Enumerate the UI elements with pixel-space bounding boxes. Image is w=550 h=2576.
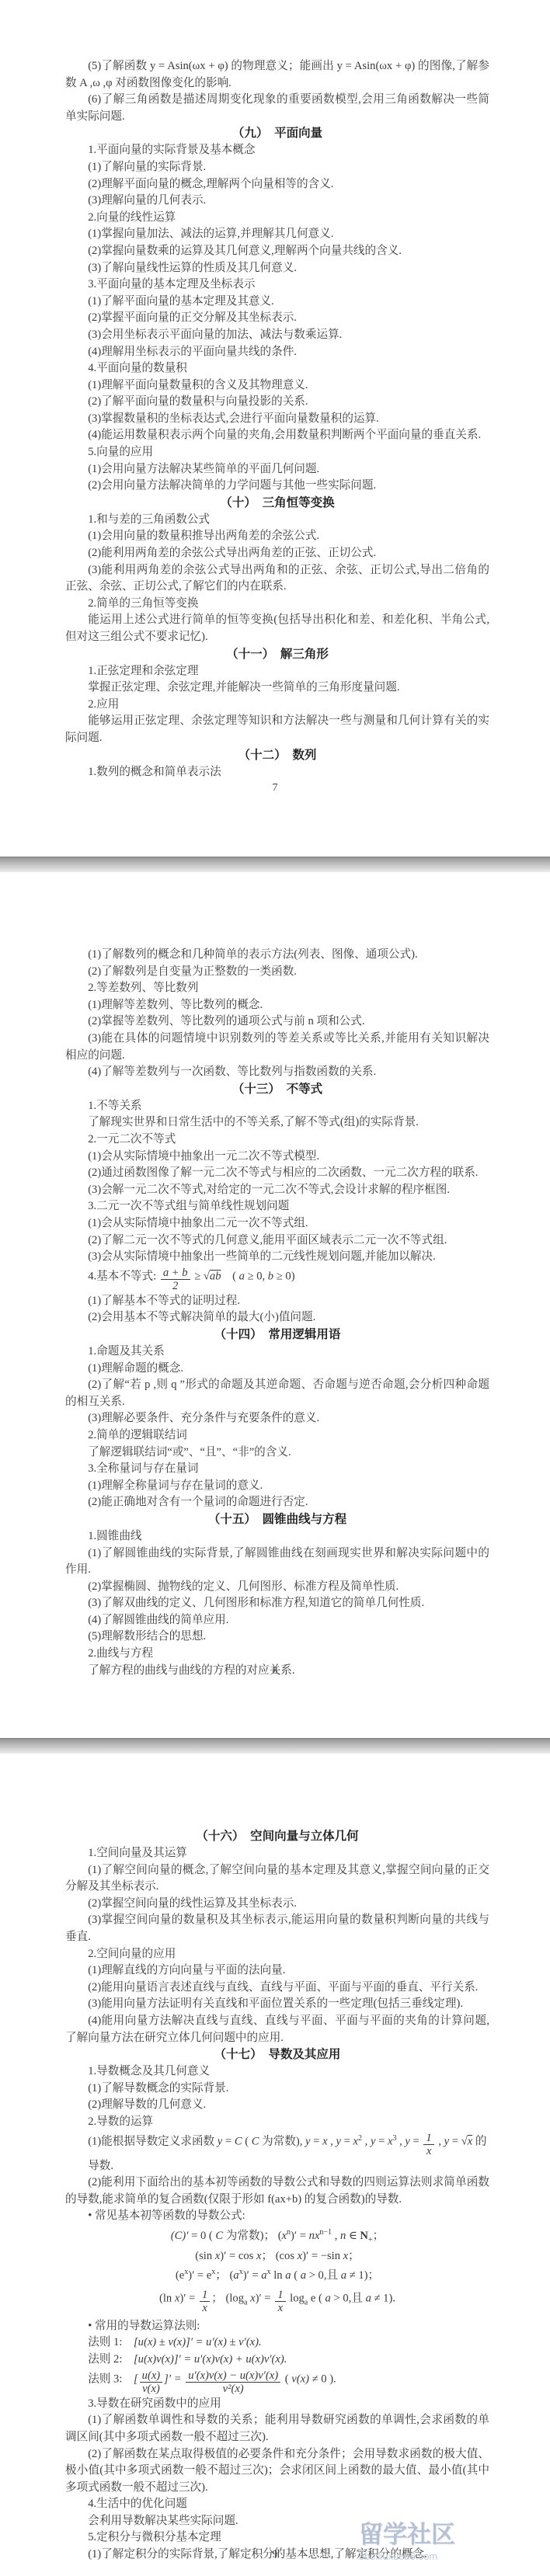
paragraph: 4.生活中的优化问题	[65, 2496, 489, 2513]
formula-line: (sin x)′ = cos x； (cos x)′ = −sin x；	[65, 2248, 489, 2265]
paragraph: (1)了解平面向量的基本定理及其意义.	[65, 294, 489, 311]
paragraph: 3.二元一次不等式组与简单线性规划问题	[65, 1198, 489, 1215]
paragraph: (1)了解导数概念的实际背景.	[65, 2081, 489, 2098]
fraction: u(x)v(x)	[140, 2369, 163, 2395]
paragraph: (3)掌握空间向量的数量积及其坐标表示,能运用向量的数量积判断向量的共线与垂直.	[65, 1912, 489, 1945]
fraction-denominator: v(x)	[140, 2383, 163, 2395]
paragraph: 1.不等关系	[65, 1098, 489, 1115]
fraction-denominator: x	[423, 2145, 433, 2157]
formula-line: 4.基本不等式: a + b2 ≥ √ab ( a ≥ 0, b ≥ 0)	[65, 1266, 489, 1293]
fraction-numerator: 1	[423, 2132, 433, 2145]
paragraph: (2)能用向量语言表述直线与直线、直线与平面、平面与平面的垂直、平行关系.	[65, 1980, 489, 1997]
page-number: 7	[0, 782, 550, 794]
paragraph: (6)了解三角函数是描述周期变化现象的重要函数模型,会用三角函数解决一些简单实际…	[65, 92, 489, 125]
paragraph: (4)了解圆锥曲线的简单应用.	[65, 1612, 489, 1629]
fraction: 1x	[275, 2289, 285, 2314]
fraction-denominator: v²(x)	[186, 2383, 280, 2395]
paragraph: 4.平面向量的数量积	[65, 360, 489, 377]
paragraph: 2.导数的运算	[65, 2114, 489, 2131]
paragraph: 1.圆锥曲线	[65, 1528, 489, 1545]
pages-container: (5)了解函数 y = Asin(ωx + φ) 的物理意义；能画出 y = A…	[0, 0, 550, 2576]
formula-line: 法则 2: [u(x)v(x)]′ = u′(x)v(x) + u(x)v′(x…	[65, 2352, 489, 2369]
section-heading: （九） 平面向量	[65, 125, 489, 142]
paragraph: (3)理解必要条件、充分条件与充要条件的意义.	[65, 1410, 489, 1427]
paragraph: (3)会从实际情境中抽象出一些简单的二元线性规划问题,并能加以解决.	[65, 1249, 489, 1266]
paragraph: 2.等差数列、等比数列	[65, 980, 489, 997]
paragraph: (1)会从实际情境中抽象出一元二次不等式模型.	[65, 1149, 489, 1166]
paragraph: (2)通过函数图像了解一元二次不等式与相应的二次函数、一元二次方程的联系.	[65, 1165, 489, 1182]
paragraph: (2)了解平面向量的数量积与向量投影的关系.	[65, 394, 489, 411]
section-heading: （十五） 圆锥曲线与方程	[65, 1511, 489, 1528]
paragraph: (2)了解二元一次不等式的几何意义,能用平面区域表示二元一次不等式组.	[65, 1232, 489, 1250]
paragraph: • 常用的导数运算法则:	[65, 2318, 489, 2335]
paragraph: 3.全称量词与存在量词	[65, 1461, 489, 1478]
formula-line: (1)能根据导数定义求函数 y = C ( C 为常数), y = x , y …	[65, 2131, 489, 2175]
paragraph: (3)了解双曲线的定义、几何图形和标准方程,知道它的简单几何性质.	[65, 1595, 489, 1612]
paragraph: (4)能运用数量积表示两个向量的夹角,会用数量积判断两个平面向量的垂直关系.	[65, 427, 489, 444]
paragraph: (3)能利用两角差的余弦公式导出两角和的正弦、余弦、正切公式,导出二倍角的正弦、…	[65, 562, 489, 596]
fraction-numerator: u(x)	[140, 2369, 163, 2383]
paragraph: 2.向量的线性运算	[65, 210, 489, 227]
paragraph: (1)理解直线的方向向量与平面的法向量.	[65, 1962, 489, 1980]
paragraph: (2)掌握椭圆、抛物线的定义、几何图形、标准方程及简单性质.	[65, 1579, 489, 1596]
paragraph: 2.简单的三角恒等变换	[65, 596, 489, 613]
paragraph: (3)能在具体的问题情境中识别数列的等差关系或等比关系,并能用有关知识解决相应的…	[65, 1031, 489, 1064]
paragraph: (1)了解函数单调性和导数的关系；能利用导数研究函数的单调性,会求函数的单调区间…	[65, 2412, 489, 2446]
paragraph: (2)掌握空间向量的线性运算及其坐标表示.	[65, 1896, 489, 1913]
paragraph: (1)理解平面向量数量积的含义及其物理意义.	[65, 377, 489, 395]
document: (5)了解函数 y = Asin(ωx + φ) 的物理意义；能画出 y = A…	[0, 0, 550, 2576]
paragraph: (2)掌握平面向量的正交分解及其坐标表示.	[65, 310, 489, 327]
page-separator	[0, 1738, 550, 1754]
paragraph: (1)了解基本不等式的证明过程.	[65, 1293, 489, 1310]
paragraph: (2)掌握向量数乘的运算及其几何意义,理解两个向量共线的含义.	[65, 243, 489, 260]
paragraph: (1)会从实际情境中抽象出二元一次不等式组.	[65, 1215, 489, 1232]
formula-line: 法则 3: [u(x)v(x)]′ = u′(x)v(x) − u(x)v′(x…	[65, 2369, 489, 2396]
formula-line: (ln x)′ = 1x； (loga x)′ = 1x loga e ( a …	[65, 2288, 489, 2315]
document-page-9: （十六） 空间向量与立体几何1.空间向量及其运算(1)了解空间向量的概念,了解空…	[0, 1754, 550, 2576]
fraction-denominator: 2	[161, 1280, 190, 1292]
paragraph: (2)能利用下面给出的基本初等函数的导数公式和导数的四则运算法则求简单函数的导数…	[65, 2174, 489, 2208]
paragraph: 2.曲线与方程	[65, 1646, 489, 1663]
page-separator	[0, 857, 550, 872]
paragraph: 会利用导数解决某些实际问题.	[65, 2513, 489, 2530]
paragraph: (3)了解向量线性运算的性质及其几何意义.	[65, 260, 489, 277]
paragraph: (3)会解一元二次不等式,对给定的一元二次不等式,会设计求解的程序框图.	[65, 1182, 489, 1199]
paragraph: (1)理解命题的概念.	[65, 1361, 489, 1378]
paragraph: (2)了解“若 p ,则 q ”形式的命题及其逆命题、否命题与逆否命题,会分析四…	[65, 1377, 489, 1410]
paragraph: (4)能用向量方法解决直线与直线、直线与平面、平面与平面的夹角的计算问题,了解向…	[65, 2013, 489, 2046]
fraction-numerator: a + b	[161, 1267, 190, 1280]
radical-sign: √	[204, 1270, 210, 1282]
paragraph: 了解现实世界和日常生活中的不等关系,了解不等式(组)的实际背景.	[65, 1114, 489, 1132]
paragraph: (1)了解圆锥曲线的实际背景,了解圆锥曲线在刻画现实世界和解决实际问题中的作用.	[65, 1545, 489, 1579]
radical-argument: x	[468, 2135, 472, 2147]
paragraph: 5.定积分与微积分基本定理	[65, 2529, 489, 2546]
paragraph: 3.导数在研究函数中的应用	[65, 2396, 489, 2413]
paragraph: (1)会用向量的数量积推导出两角差的余弦公式.	[65, 528, 489, 545]
paragraph: (5)了解函数 y = Asin(ωx + φ) 的物理意义；能画出 y = A…	[65, 58, 489, 92]
paragraph: (4)了解等差数列与一次函数、等比数列与指数函数的关系.	[65, 1064, 489, 1081]
paragraph: 1.命题及其关系	[65, 1344, 489, 1361]
paragraph: 1.和与差的三角函数公式	[65, 512, 489, 529]
paragraph: 掌握正弦定理、余弦定理,并能解决一些简单的三角形度量问题.	[65, 680, 489, 697]
paragraph: • 常见基本初等函数的导数公式:	[65, 2208, 489, 2225]
paragraph: (3)能用向量方法证明有关直线和平面位置关系的一些定理(包括三垂线定理).	[65, 1996, 489, 2013]
radical-sign: √	[461, 2135, 468, 2147]
paragraph: (2)会用基本不等式解决简单的最大(小)值问题.	[65, 1309, 489, 1326]
paragraph: 2.空间向量的应用	[65, 1946, 489, 1963]
paragraph: 能够运用正弦定理、余弦定理等知识和方法解决一些与测量和几何计算有关的实际问题.	[65, 713, 489, 746]
paragraph: (2)理解导数的几何意义.	[65, 2097, 489, 2114]
paragraph: 2.应用	[65, 697, 489, 714]
page-number: 9	[0, 2549, 550, 2561]
section-heading: （十七） 导数及其应用	[65, 2046, 489, 2063]
paragraph: 2.简单的逻辑联结词	[65, 1427, 489, 1444]
fraction-numerator: 1	[275, 2289, 285, 2302]
paragraph: 2.一元二次不等式	[65, 1132, 489, 1149]
paragraph: 1.数列的概念和简单表示法	[65, 764, 489, 781]
paragraph: (4)理解用坐标表示的平面向量共线的条件.	[65, 344, 489, 361]
fraction-denominator: x	[200, 2302, 210, 2314]
paragraph: (2)能利用两角差的余弦公式导出两角差的正弦、正切公式.	[65, 545, 489, 562]
paragraph: (1)了解空间向量的概念,了解空间向量的基本定理及其意义,掌握空间向量的正交分解…	[65, 1862, 489, 1896]
paragraph: (1)掌握向量加法、减法的运算,并理解其几何意义.	[65, 226, 489, 243]
section-heading: （十） 三角恒等变换	[65, 495, 489, 512]
paragraph: (2)会用向量方法解决简单的力学问题与其他一些实际问题.	[65, 478, 489, 495]
paragraph: (2)了解函数在某点取得极值的必要条件和充分条件；会用导数求函数的极大值、极小值…	[65, 2446, 489, 2497]
section-heading: （十六） 空间向量与立体几何	[65, 1828, 489, 1845]
paragraph: (3)理解向量的几何表示.	[65, 193, 489, 210]
formula-line: 法则 1: [u(x) ± v(x)]′ = u′(x) ± v′(x).	[65, 2334, 489, 2352]
section-heading: （十三） 不等式	[65, 1081, 489, 1098]
paragraph: 能运用上述公式进行简单的恒等变换(包括导出积化和差、和差化积、半角公式,但对这三…	[65, 612, 489, 645]
fraction: 1x	[200, 2289, 210, 2314]
section-heading: （十四） 常用逻辑用语	[65, 1326, 489, 1344]
paragraph: (1)理解全称量词与存在量词的意义.	[65, 1478, 489, 1495]
section-heading: （十一） 解三角形	[65, 646, 489, 663]
paragraph: (1)了解数列的概念和几种简单的表示方法(列表、图像、通项公式).	[65, 947, 489, 964]
paragraph: (2)了解数列是自变量为正整数的一类函数.	[65, 964, 489, 981]
paragraph: 5.向量的应用	[65, 444, 489, 461]
paragraph: (1)了解向量的实际背景.	[65, 159, 489, 176]
paragraph: 1.空间向量及其运算	[65, 1845, 489, 1862]
paragraph: (3)会用坐标表示平面向量的加法、减法与数乘运算.	[65, 327, 489, 344]
fraction-numerator: u′(x)v(x) − u(x)v′(x)	[186, 2369, 280, 2383]
paragraph: (2)理解平面向量的概念,理解两个向量相等的含义.	[65, 176, 489, 193]
paragraph: (2)能正确地对含有一个量词的命题进行否定.	[65, 1494, 489, 1511]
fraction-denominator: x	[275, 2302, 285, 2314]
section-heading: （十二） 数列	[65, 747, 489, 764]
paragraph: 1.正弦定理和余弦定理	[65, 663, 489, 680]
document-page-7: (5)了解函数 y = Asin(ωx + φ) 的物理意义；能画出 y = A…	[0, 0, 550, 857]
paragraph: 1.导数概念及其几何意义	[65, 2063, 489, 2081]
paragraph: 1.平面向量的实际背景及基本概念	[65, 142, 489, 159]
paragraph: (5)理解数形结合的思想.	[65, 1629, 489, 1646]
document-page-8: (1)了解数列的概念和几种简单的表示方法(列表、图像、通项公式).(2)了解数列…	[0, 872, 550, 1738]
radical-argument: ab	[210, 1270, 221, 1282]
paragraph: 了解逻辑联结词“或”、“且”、“非”的含义.	[65, 1444, 489, 1462]
formula-line: (ex)′ = ex； (ax)′ = ax ln a ( a > 0,且 a …	[65, 2268, 489, 2285]
fraction: 1x	[423, 2132, 433, 2157]
paragraph: 3.平面向量的基本定理及坐标表示	[65, 276, 489, 294]
fraction: u′(x)v(x) − u(x)v′(x)v²(x)	[186, 2369, 280, 2395]
fraction: a + b2	[161, 1267, 190, 1292]
page-number: 8	[0, 1665, 550, 1677]
paragraph: (1)理解等差数列、等比数列的概念.	[65, 997, 489, 1014]
paragraph: (2)掌握等差数列、等比数列的通项公式与前 n 项和公式.	[65, 1013, 489, 1031]
paragraph: (1)会用向量方法解决某些简单的平面几何问题.	[65, 461, 489, 478]
paragraph: (3)掌握数量积的坐标表达式,会进行平面向量数量积的运算.	[65, 411, 489, 428]
fraction-numerator: 1	[200, 2289, 210, 2302]
formula-line: (C)′ = 0 ( C 为常数)； (xn)′ = nxn−1 , n ∈ N…	[65, 2228, 489, 2245]
